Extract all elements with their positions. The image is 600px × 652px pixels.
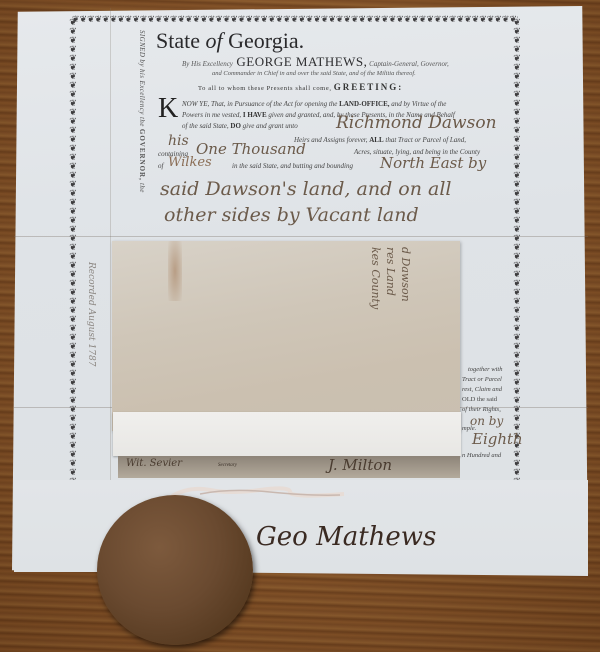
clerk-label: Secretary <box>218 463 237 468</box>
handwritten-county: Wilkes <box>168 155 212 170</box>
witness-signature: Wit. Sevier <box>126 458 182 469</box>
handwritten-right-2: Eighth <box>472 430 523 448</box>
right-text-3: rest, Claim and <box>462 386 502 393</box>
handwritten-acres: One Thousand <box>196 140 306 158</box>
side-text-governor: GOVERNOR, <box>138 129 146 181</box>
flap-folded-edge <box>113 412 461 456</box>
shadowed-signature-strip: Wit. Sevier Secretary J. Milton <box>118 456 460 478</box>
right-text-2: Tract or Parcel <box>462 376 502 383</box>
text: of the said State, <box>182 122 230 130</box>
body-line-1: NOW YE, That, in Pursuance of the Act fo… <box>182 100 446 108</box>
signed-by-governor-side-text: SIGNED by his Excellency the GOVERNOR, t… <box>138 30 146 193</box>
body-line-3: of the said State, DO give and grant unt… <box>182 122 298 130</box>
text-land-office: LAND-OFFICE, <box>339 100 389 108</box>
greeting-word: GREETING: <box>334 82 404 92</box>
right-text-4: OLD the said <box>462 396 497 403</box>
decorative-border-top: ❦❦❦❦❦❦❦❦❦❦❦❦❦❦❦❦❦❦❦❦❦❦❦❦❦❦❦❦❦❦❦❦❦❦❦❦❦❦❦❦… <box>72 14 518 24</box>
decorative-border-right: ❦ ❦ ❦ ❦ ❦ ❦ ❦ ❦ ❦ ❦ ❦ ❦ ❦ ❦ ❦ ❦ ❦ ❦ ❦ ❦ … <box>512 18 522 480</box>
body-line-6: in the said State, and butting and bound… <box>232 162 353 170</box>
body-line-4: Heirs and Assigns forever, ALL that Trac… <box>294 136 466 144</box>
handwritten-his: his <box>168 133 189 149</box>
governor-line-2: and Commander in Chief in and over the s… <box>212 70 416 77</box>
text: that Tract or Parcel of Land, <box>384 136 466 144</box>
text: and by Virtue of the <box>390 100 447 108</box>
handwritten-margin-note: Recorded August 1787 <box>86 262 96 366</box>
right-text-7: n Hundred and <box>462 452 501 459</box>
handwritten-boundary-3: other sides by Vacant land <box>164 204 419 226</box>
governor-title: Captain-General, Governor, <box>369 60 449 68</box>
governor-prefix: By His Excellency <box>182 60 233 68</box>
flap-note-1: d Dawson <box>399 247 412 302</box>
text-of: of <box>158 162 163 170</box>
wax-seal-icon <box>97 495 253 645</box>
right-text-5: of their Rights, <box>462 406 501 413</box>
flap-note-3: kes County <box>369 247 382 309</box>
folded-paper-flap: d Dawson res Land kes County <box>112 241 460 431</box>
side-text-suffix: the <box>138 181 146 193</box>
governor-name: GEORGE MATHEWS, <box>236 54 367 69</box>
text-i-have: I HAVE <box>243 111 267 119</box>
text-all: ALL <box>369 136 383 144</box>
governor-signature: Geo Mathews <box>256 522 436 552</box>
handwritten-boundary-1: North East by <box>380 154 486 172</box>
stain <box>168 241 182 301</box>
greeting-prefix: To all to whom these Presents shall come… <box>198 85 332 92</box>
title-georgia: Georgia. <box>223 28 304 53</box>
greeting-line: To all to whom these Presents shall come… <box>198 82 403 92</box>
decorative-border-left: ❦ ❦ ❦ ❦ ❦ ❦ ❦ ❦ ❦ ❦ ❦ ❦ ❦ ❦ ❦ ❦ ❦ ❦ ❦ ❦ … <box>68 18 78 480</box>
fold-line <box>14 236 588 237</box>
title-state: State <box>156 28 206 53</box>
ribbon-tie-icon <box>170 484 346 498</box>
right-text-1: together with <box>468 366 502 373</box>
text: NOW YE, That, in Pursuance of the Act fo… <box>182 100 339 108</box>
text: Powers in me vested, <box>182 111 243 119</box>
side-text-prefix: SIGNED by his Excellency the <box>138 30 146 129</box>
handwritten-grantee: Richmond Dawson <box>336 113 497 133</box>
title-of: of <box>206 28 223 53</box>
clerk-signature: J. Milton <box>328 456 392 474</box>
document-title: State of Georgia. <box>156 28 304 54</box>
text: give and grant unto <box>241 122 298 130</box>
handwritten-boundary-2: said Dawson's land, and on all <box>160 178 451 200</box>
drop-cap-k: K <box>158 93 178 125</box>
governor-line: By His Excellency GEORGE MATHEWS, Captai… <box>182 54 449 70</box>
flap-note-2: res Land <box>384 247 397 296</box>
text-do: DO <box>230 122 241 130</box>
